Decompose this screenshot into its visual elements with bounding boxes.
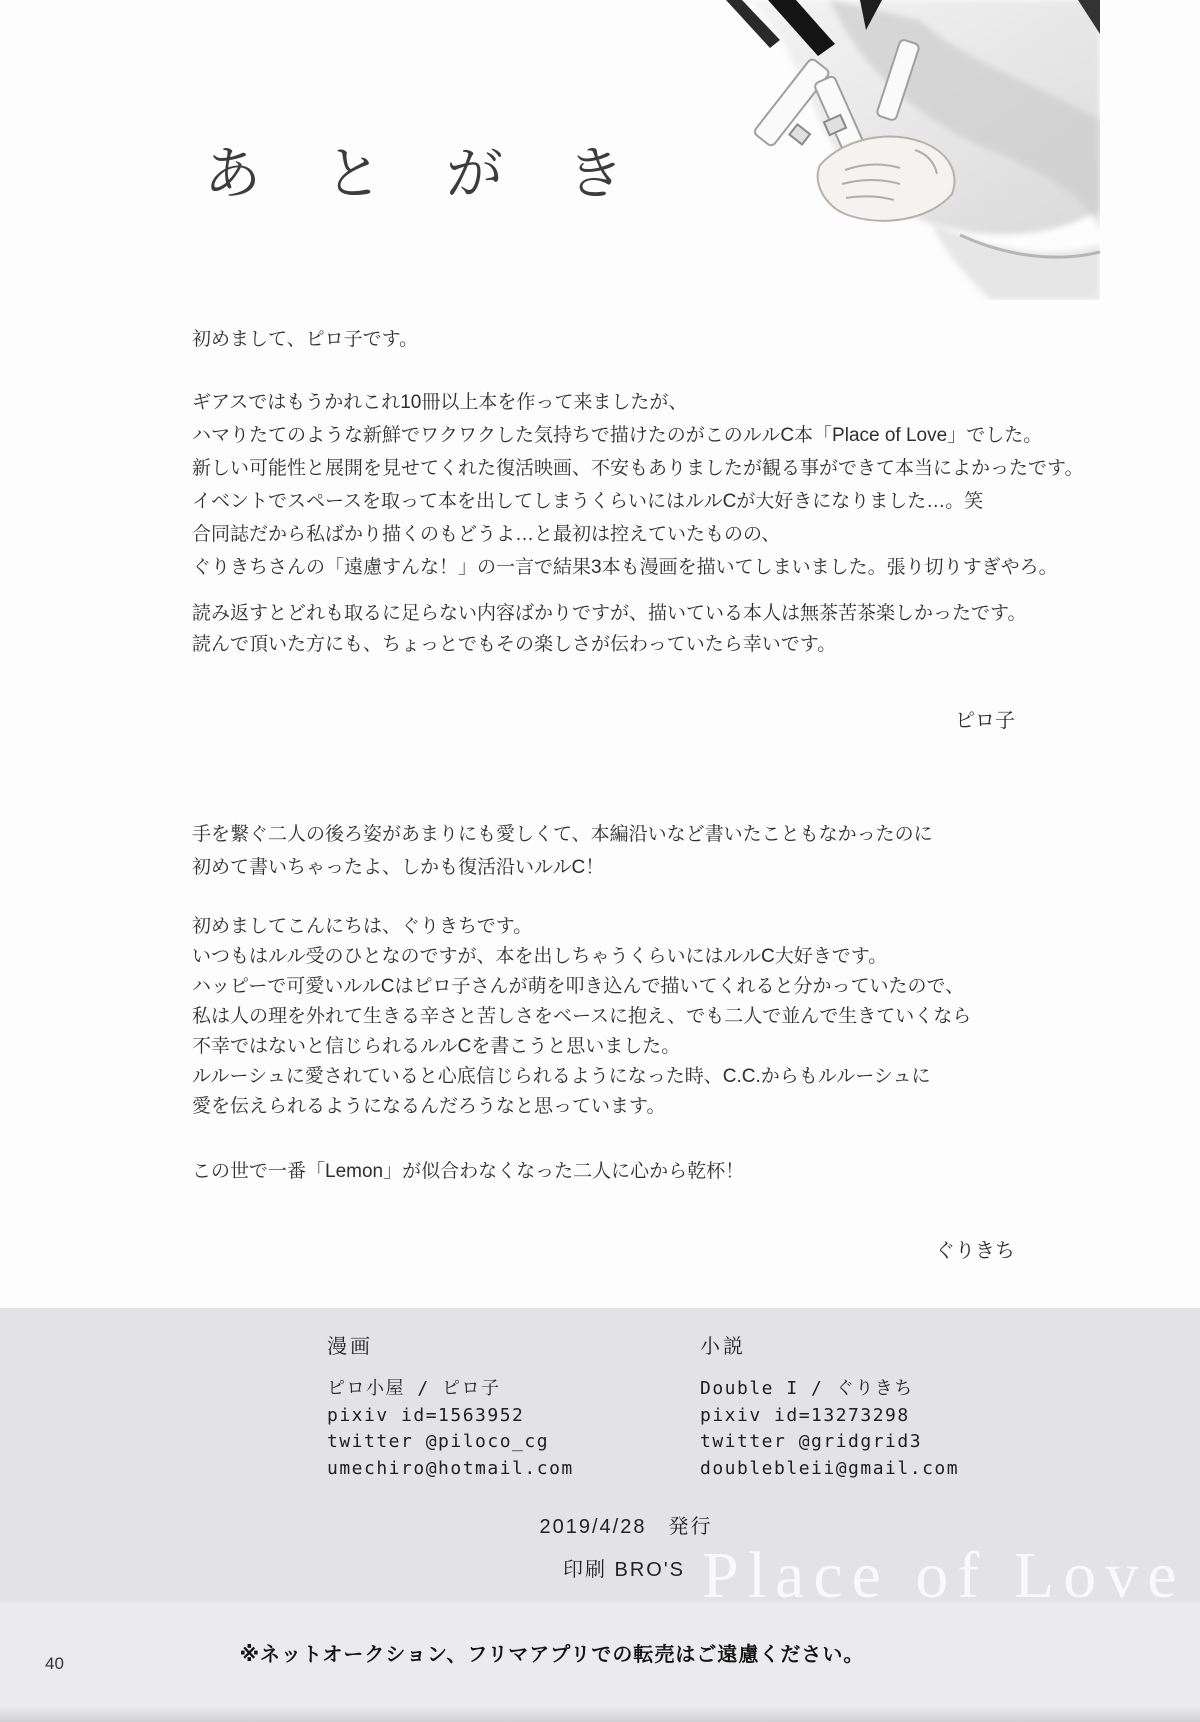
- paragraph-line: 不幸ではないと信じられるルルCを書こうと思いました。: [192, 1032, 971, 1062]
- piroko-greeting: 初めまして、ピロ子です。: [192, 324, 418, 355]
- page-title: あとがき: [204, 128, 688, 210]
- paragraph-line: ぐりきちさんの「遠慮すんな！」の一言で結果3本も漫画を描いてしまいました。張り切…: [192, 551, 1083, 584]
- gurikichi-paragraph-2: 初めましてこんにちは、ぐりきちです。 いつもはルル受のひとなのですが、本を出しち…: [192, 912, 971, 1122]
- paragraph-line: 初めましてこんにちは、ぐりきちです。: [192, 912, 971, 942]
- paragraph-line: いつもはルル受のひとなのですが、本を出しちゃうくらいにはルルC大好きです。: [192, 942, 971, 972]
- novel-credits: Double I / ぐりきち pixiv id=13273298 twitte…: [700, 1376, 959, 1482]
- paragraph-line: 新しい可能性と展開を見せてくれた復活映画、不安もありましたが観る事ができて本当に…: [192, 452, 1083, 485]
- paragraph-line: 手を繋ぐ二人の後ろ姿があまりにも愛しくて、本編沿いなど書いたこともなかったのに: [192, 818, 933, 851]
- resale-notice: ※ネットオークション、フリマアプリでの転売はご遠慮ください。: [0, 1638, 1152, 1667]
- paragraph-line: 合同誌だから私ばかり描くのもどうよ…と最初は控えていたものの、: [192, 518, 1083, 551]
- paragraph-line: 初めまして、ピロ子です。: [192, 324, 418, 355]
- paragraph-line: 私は人の理を外れて生きる辛さと苦しさをベースに抱え、でも二人で並んで生きていくな…: [192, 1002, 971, 1032]
- paragraph-line: ルルーシュに愛されていると心底信じられるようになった時、C.C.からもルルーシュ…: [192, 1062, 971, 1092]
- paragraph-line: イベントでスペースを取って本を出してしまうくらいにはルルCが大好きになりました……: [192, 485, 1083, 518]
- novel-column-heading: 小説: [700, 1330, 746, 1359]
- piroko-signature: ピロ子: [192, 704, 1015, 733]
- manga-circle-author: ピロ小屋 / ピロ子: [327, 1376, 574, 1403]
- paragraph-line: 読み返すとどれも取るに足らない内容ばかりですが、描いている本人は無茶苦茶楽しかっ…: [192, 598, 1026, 629]
- title-watermark: Place of Love: [702, 1538, 1186, 1614]
- manga-column-heading: 漫画: [327, 1330, 373, 1359]
- novel-circle-author: Double I / ぐりきち: [700, 1376, 959, 1403]
- afterword-page: あとがき 初めまして、ピロ子です。: [0, 0, 1200, 1722]
- page-bottom-edge: [0, 1706, 1200, 1722]
- gurikichi-paragraph-1: 手を繋ぐ二人の後ろ姿があまりにも愛しくて、本編沿いなど書いたこともなかったのに …: [192, 818, 933, 884]
- paragraph-line: この世で一番「Lemon」が似合わなくなった二人に心から乾杯！: [192, 1156, 744, 1187]
- publication-date: 2019/4/28 発行: [26, 1510, 1200, 1539]
- paragraph-line: 初めて書いちゃったよ、しかも復活沿いルルC！: [192, 851, 933, 884]
- manga-twitter-handle: twitter @piloco_cg: [327, 1429, 574, 1456]
- novel-pixiv-id: pixiv id=13273298: [700, 1403, 959, 1430]
- paragraph-line: ギアスではもうかれこれ10冊以上本を作って来ましたが、: [192, 386, 1083, 419]
- manga-email: umechiro@hotmail.com: [327, 1456, 574, 1483]
- hands-illustration: [630, 0, 1100, 300]
- piroko-paragraph-1: ギアスではもうかれこれ10冊以上本を作って来ましたが、 ハマりたてのような新鮮で…: [192, 386, 1083, 584]
- paragraph-line: 読んで頂いた方にも、ちょっとでもその楽しさが伝わっていたら幸いです。: [192, 629, 1026, 660]
- paragraph-line: ハッピーで可愛いルルCはピロ子さんが萌を叩き込んで描いてくれると分かっていたので…: [192, 972, 971, 1002]
- gurikichi-signature: ぐりきち: [192, 1234, 1015, 1263]
- manga-pixiv-id: pixiv id=1563952: [327, 1403, 574, 1430]
- paragraph-line: ハマりたてのような新鮮でワクワクした気持ちで描けたのがこのルルC本「Place …: [192, 419, 1083, 452]
- piroko-paragraph-2: 読み返すとどれも取るに足らない内容ばかりですが、描いている本人は無茶苦茶楽しかっ…: [192, 598, 1026, 660]
- manga-credits: ピロ小屋 / ピロ子 pixiv id=1563952 twitter @pil…: [327, 1376, 574, 1482]
- novel-twitter-handle: twitter @gridgrid3: [700, 1429, 959, 1456]
- novel-email: doublebleii@gmail.com: [700, 1456, 959, 1483]
- paragraph-line: 愛を伝えられるようになるんだろうなと思っています。: [192, 1092, 971, 1122]
- gurikichi-toast: この世で一番「Lemon」が似合わなくなった二人に心から乾杯！: [192, 1156, 744, 1187]
